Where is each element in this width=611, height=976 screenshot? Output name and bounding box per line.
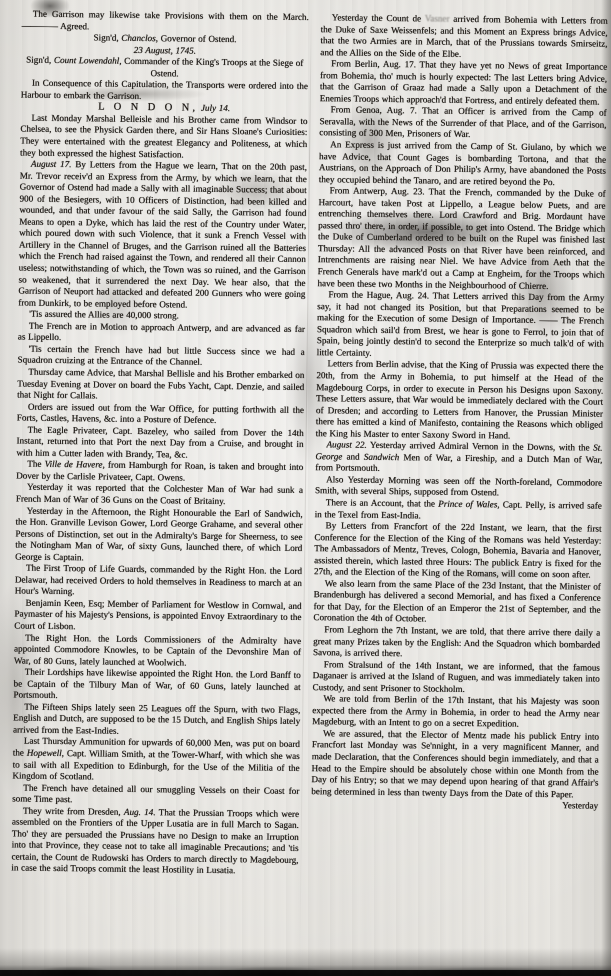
text-run: Prince of Wales xyxy=(438,499,497,510)
text-run: Sign'd, xyxy=(93,32,121,42)
paragraph: August 17. By Letters from the Hague we … xyxy=(18,159,307,313)
text-run: The French have detained all our smuggli… xyxy=(12,782,299,804)
paragraph: From Antwerp, Aug. 23. That the French, … xyxy=(317,185,605,292)
text-run: Their Lordships have likewise appointed … xyxy=(13,667,300,700)
text-run: There is an Account, that the xyxy=(326,497,438,508)
paragraph: From Genoa, Aug. 7. That an Officer is a… xyxy=(319,105,606,143)
text-run: From Leghorn the 7th Instant, we are tol… xyxy=(313,624,600,658)
text-run: Aug. 14. xyxy=(124,807,156,817)
page-content: The Garrison may likewise take Provision… xyxy=(0,0,611,976)
paragraph: The Eagle Privateer, Capt. Bazeley, who … xyxy=(16,424,303,462)
paragraph: We also learn from the same Place of the… xyxy=(313,578,601,628)
text-run: Sign'd, xyxy=(26,55,54,65)
text-run: August 17. xyxy=(31,159,72,169)
text-run: Benjamin Keen, Esq; Member of Parliament… xyxy=(14,597,301,631)
text-run: They write from Dresden, xyxy=(23,805,124,816)
newspaper-scan-page: The Garrison may likewise take Provision… xyxy=(0,0,611,976)
text-run: Chanclos xyxy=(121,33,155,43)
text-run: Also Yesterday Morning was seen off the … xyxy=(315,474,602,498)
text-run: Yesterday xyxy=(562,800,598,810)
text-run: 'Tis assured the Allies are 40,000 stron… xyxy=(29,309,179,321)
paragraph: Yesterday it was reported that the Colch… xyxy=(16,482,303,509)
text-run: That the French, commanded by the Duke o… xyxy=(317,187,605,291)
text-run: Yesterday arrived Admiral Vernon in the … xyxy=(367,440,594,453)
paragraph: By Letters from Francfort of the 22d Ins… xyxy=(314,520,602,581)
paragraph: They write from Dresden, Aug. 14. That t… xyxy=(11,805,299,878)
text-run: We are assured, that the Elector of Ment… xyxy=(311,728,599,799)
paragraph: Sign'd, Count Lowendahl, Commander of th… xyxy=(21,55,308,82)
paragraph: The French have detained all our smuggli… xyxy=(12,782,299,809)
text-run: , Governor of Ostend. xyxy=(156,33,237,44)
paragraph: There is an Account, that the Prince of … xyxy=(315,497,602,524)
text-run: Letters from Berlin advise, that the Kin… xyxy=(316,359,604,441)
text-run: From Stralsund of the 14th Instant, we a… xyxy=(313,659,600,694)
text-run: Ville de Havere xyxy=(45,459,103,470)
paragraph: Yesterday the Count de Vasner arrived fr… xyxy=(320,12,608,62)
text-run: , Commander of the King's Troops at the … xyxy=(119,56,303,78)
paragraph: The First Troop of Life Guards, commande… xyxy=(15,563,302,601)
paragraph: August 22. Yesterday arrived Admiral Ver… xyxy=(315,439,602,477)
paragraph: Last Monday Marshal Belleisle and his Br… xyxy=(20,112,308,162)
text-run: The Right Hon. the Lords Commissioners o… xyxy=(14,632,301,667)
text-run: An Express is just arrived from the Camp… xyxy=(319,139,607,186)
text-run: We are told from Berlin of the 17th Inst… xyxy=(312,694,599,729)
text-run: Yesterday it was reported that the Colch… xyxy=(16,482,303,506)
text-run: July 14. xyxy=(201,103,230,113)
text-run: The French are in Motion to approach Ant… xyxy=(18,320,305,342)
paragraph: Benjamin Keen, Esq; Member of Parliament… xyxy=(14,597,301,635)
paragraph: Yesterday in the Afternoon, the Right Ho… xyxy=(15,505,303,566)
paragraph: Their Lordships have likewise appointed … xyxy=(13,667,300,705)
text-run: The Fifteen Ships lately seen 25 Leagues… xyxy=(13,701,300,735)
text-run: Yesterday the Count de xyxy=(332,12,425,23)
text-run: From the Hague, Aug. 24. xyxy=(328,289,429,300)
text-run: Orders are issued out from the War Offic… xyxy=(17,401,304,425)
text-run: Thursday came Advice, that Marshal Belli… xyxy=(17,367,304,401)
paragraph: The French are in Motion to approach Ant… xyxy=(18,320,305,347)
paragraph: The Garrison may likewise take Provision… xyxy=(22,8,309,35)
text-run: In Consequence of this Capitulation, the… xyxy=(21,78,308,101)
text-run: ———— xyxy=(22,20,58,30)
paragraph: We are assured, that the Elector of Ment… xyxy=(311,728,599,801)
text-run: By Letters from Francfort of the 22d Ins… xyxy=(314,520,602,579)
text-run: Count Lowendahl xyxy=(54,55,119,66)
text-run: Last Monday Marshal Belleisle and his Br… xyxy=(20,113,308,160)
paragraph: The Fifteen Ships lately seen 25 Leagues… xyxy=(13,701,300,739)
text-run: That the Prussian Troops which were asse… xyxy=(11,807,299,876)
text-run: The Eagle Privateer, Capt. Bazeley, who … xyxy=(16,424,303,459)
paragraph: From Stralsund of the 14th Instant, we a… xyxy=(312,659,599,697)
paragraph: We are told from Berlin of the 17th Inst… xyxy=(312,693,599,731)
text-run: From Berlin, Aug. 17. xyxy=(331,58,416,69)
text-run: By Letters from the Hague we learn, That… xyxy=(18,159,307,309)
paragraph: 'Tis certain the French have had but lit… xyxy=(17,343,304,370)
paragraph: From Berlin, Aug. 17. That they have yet… xyxy=(320,58,608,108)
column-left: The Garrison may likewise take Provision… xyxy=(11,8,309,877)
paragraph: Also Yesterday Morning was seen off the … xyxy=(315,474,602,501)
text-run: Vasner xyxy=(425,13,450,23)
text-run: Sandwich xyxy=(364,451,399,461)
paragraph: Orders are issued out from the War Offic… xyxy=(17,401,304,428)
text-run: Agreed. xyxy=(58,20,89,30)
text-run: L O N D O N, xyxy=(98,102,198,114)
paragraph: From Leghorn the 7th Instant, we are tol… xyxy=(313,624,600,662)
column-right: Yesterday the Count de Vasner arrived fr… xyxy=(311,12,608,812)
paragraph: Letters from Berlin advise, that the Kin… xyxy=(316,359,604,443)
text-run: From Antwerp, Aug. 23. xyxy=(330,185,425,196)
paragraph: Thursday came Advice, that Marshal Belli… xyxy=(17,366,304,404)
text-run: From Genoa, Aug. 7. xyxy=(331,105,417,116)
paragraph: In Consequence of this Capitulation, the… xyxy=(21,78,308,105)
text-run: The First Troop of Life Guards, commande… xyxy=(15,563,302,597)
text-run: and xyxy=(342,451,364,461)
paragraph: Last Thursday Ammunition for upwards of … xyxy=(12,736,300,786)
text-run: We also learn from the same Place of the… xyxy=(313,578,601,624)
paragraph: The Ville de Havere, from Hamburgh for R… xyxy=(16,459,303,486)
paragraph: From the Hague, Aug. 24. That Letters ar… xyxy=(317,289,605,362)
text-run: That Letters arrived this Day from the A… xyxy=(317,291,605,358)
paragraph: An Express is just arrived from the Camp… xyxy=(319,139,607,189)
text-run: Hopewell xyxy=(27,748,62,758)
text-run: 23 August, 1745. xyxy=(134,45,196,56)
text-run: 'Tis certain the French have had but lit… xyxy=(17,343,304,367)
text-run: The xyxy=(27,459,44,469)
text-run: Yesterday in the Afternoon, the Right Ho… xyxy=(15,505,303,562)
paragraph: The Right Hon. the Lords Commissioners o… xyxy=(14,632,301,670)
text-run: August 22. xyxy=(326,439,366,449)
